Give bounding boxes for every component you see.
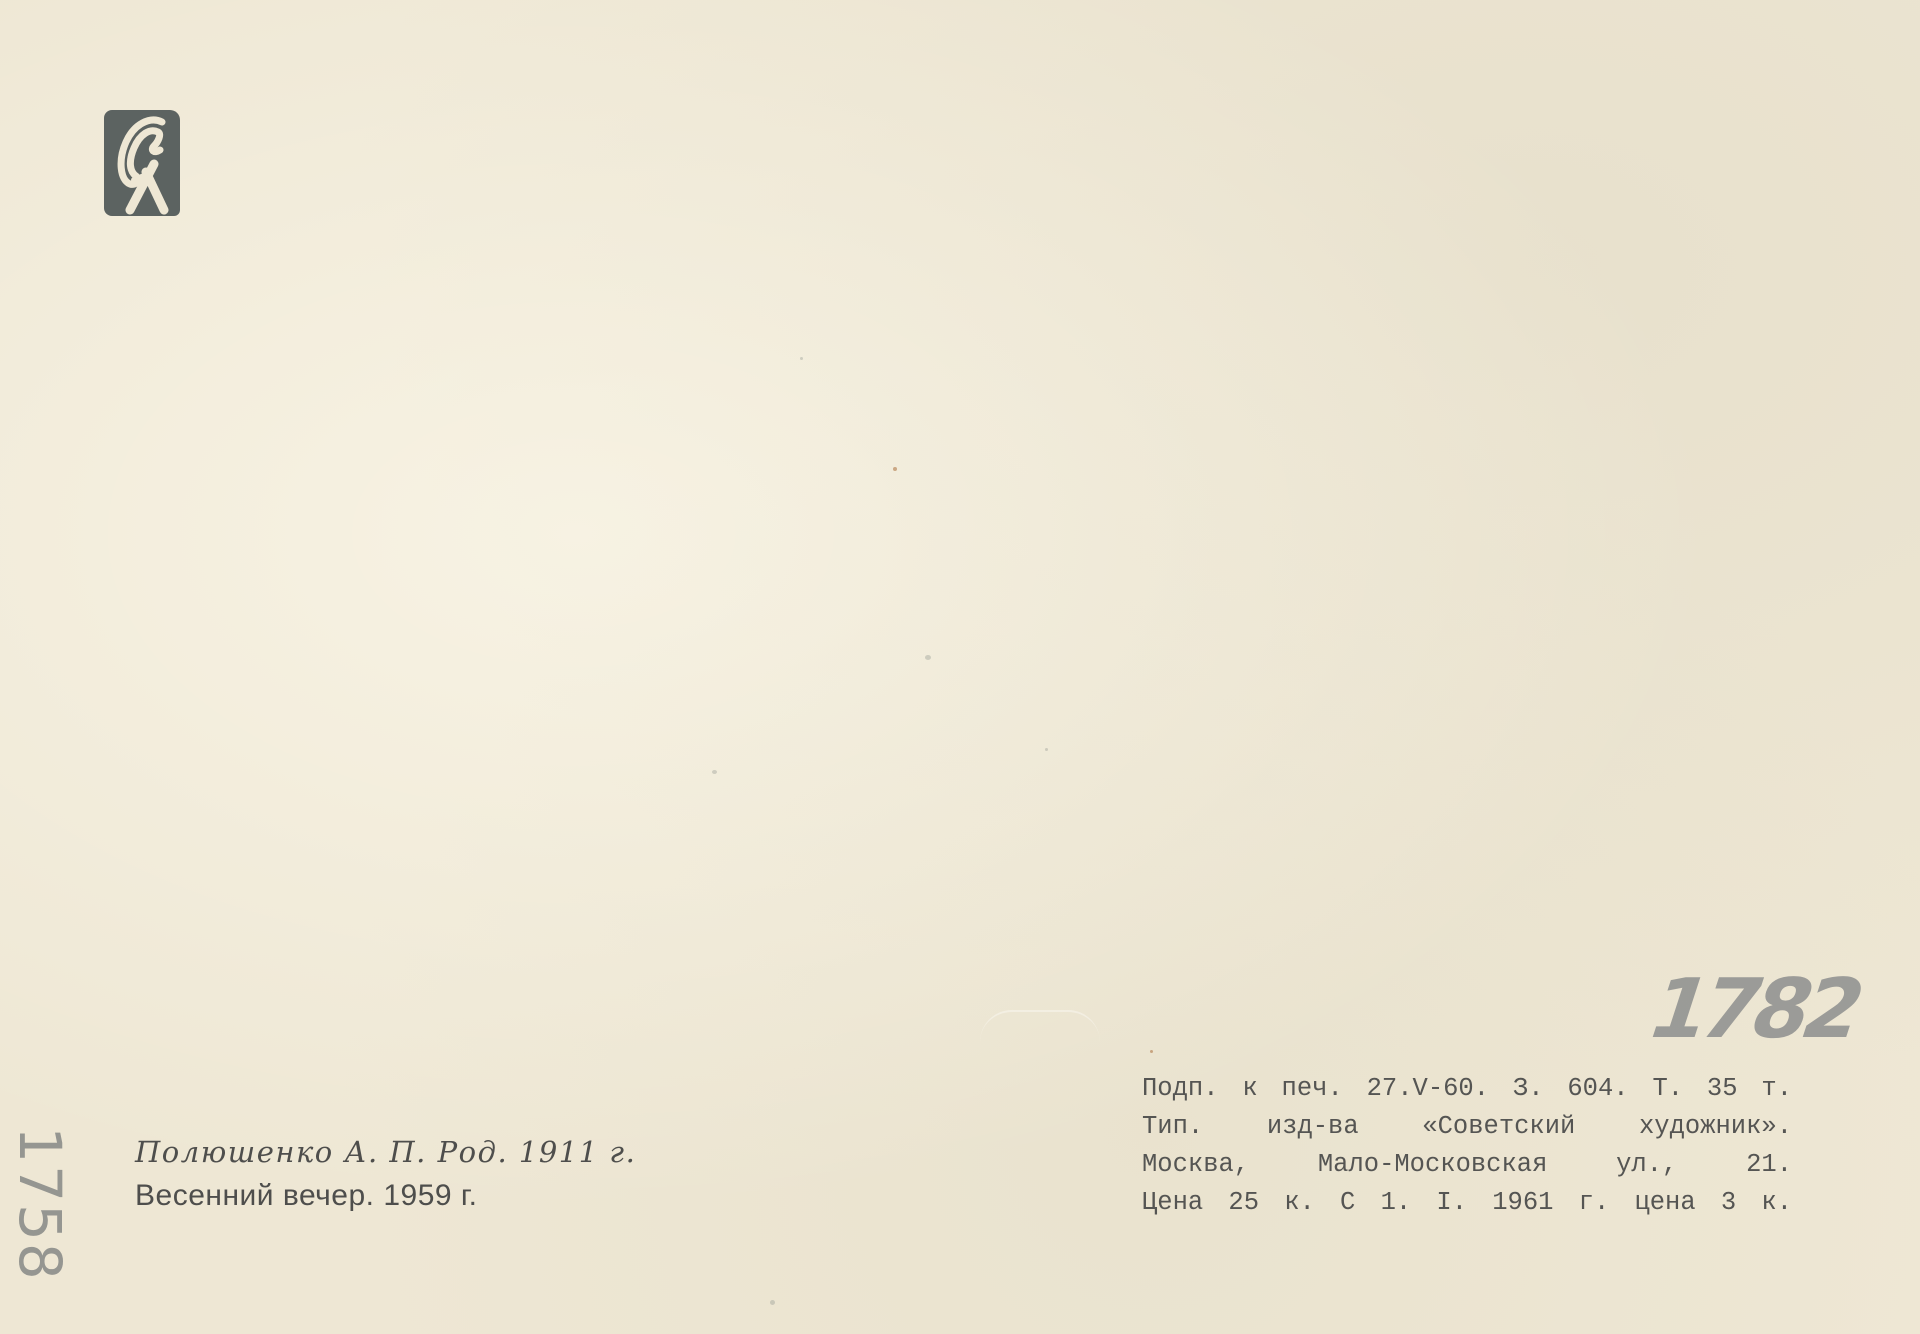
printing-imprint: Подп. к печ. 27.V-60. З. 604. Т. 35 т. Т… <box>1142 1070 1792 1222</box>
imprint-line-printer: Тип. изд-ва «Советский художник». <box>1142 1108 1792 1146</box>
paper-speck <box>800 357 803 360</box>
artwork-title-line: Весенний вечер. 1959 г. <box>135 1174 636 1218</box>
sovetsky-khudozhnik-sx-monogram-icon <box>104 110 180 216</box>
paper-speck <box>1045 748 1048 751</box>
imprint-line-print-date: Подп. к печ. 27.V-60. З. 604. Т. 35 т. <box>1142 1070 1792 1108</box>
handwritten-inventory-number: 1782 <box>1637 962 1872 1057</box>
paper-crease <box>980 1010 1100 1042</box>
postcard-back: Полюшенко А. П. Род. 1911 г. Весенний ве… <box>0 0 1920 1334</box>
paper-speck <box>1150 1050 1153 1053</box>
imprint-line-price: Цена 25 к. С 1. I. 1961 г. цена 3 к. <box>1142 1184 1792 1222</box>
paper-speck <box>925 655 931 660</box>
artwork-caption: Полюшенко А. П. Род. 1911 г. Весенний ве… <box>135 1130 636 1218</box>
paper-speck <box>893 467 897 471</box>
paper-speck <box>712 770 717 774</box>
publisher-logo <box>104 110 180 216</box>
imprint-line-address: Москва, Мало-Московская ул., 21. <box>1142 1146 1792 1184</box>
artist-line: Полюшенко А. П. Род. 1911 г. <box>135 1130 636 1174</box>
paper-speck <box>770 1300 775 1305</box>
handwritten-margin-number: 1758 <box>6 1124 74 1284</box>
